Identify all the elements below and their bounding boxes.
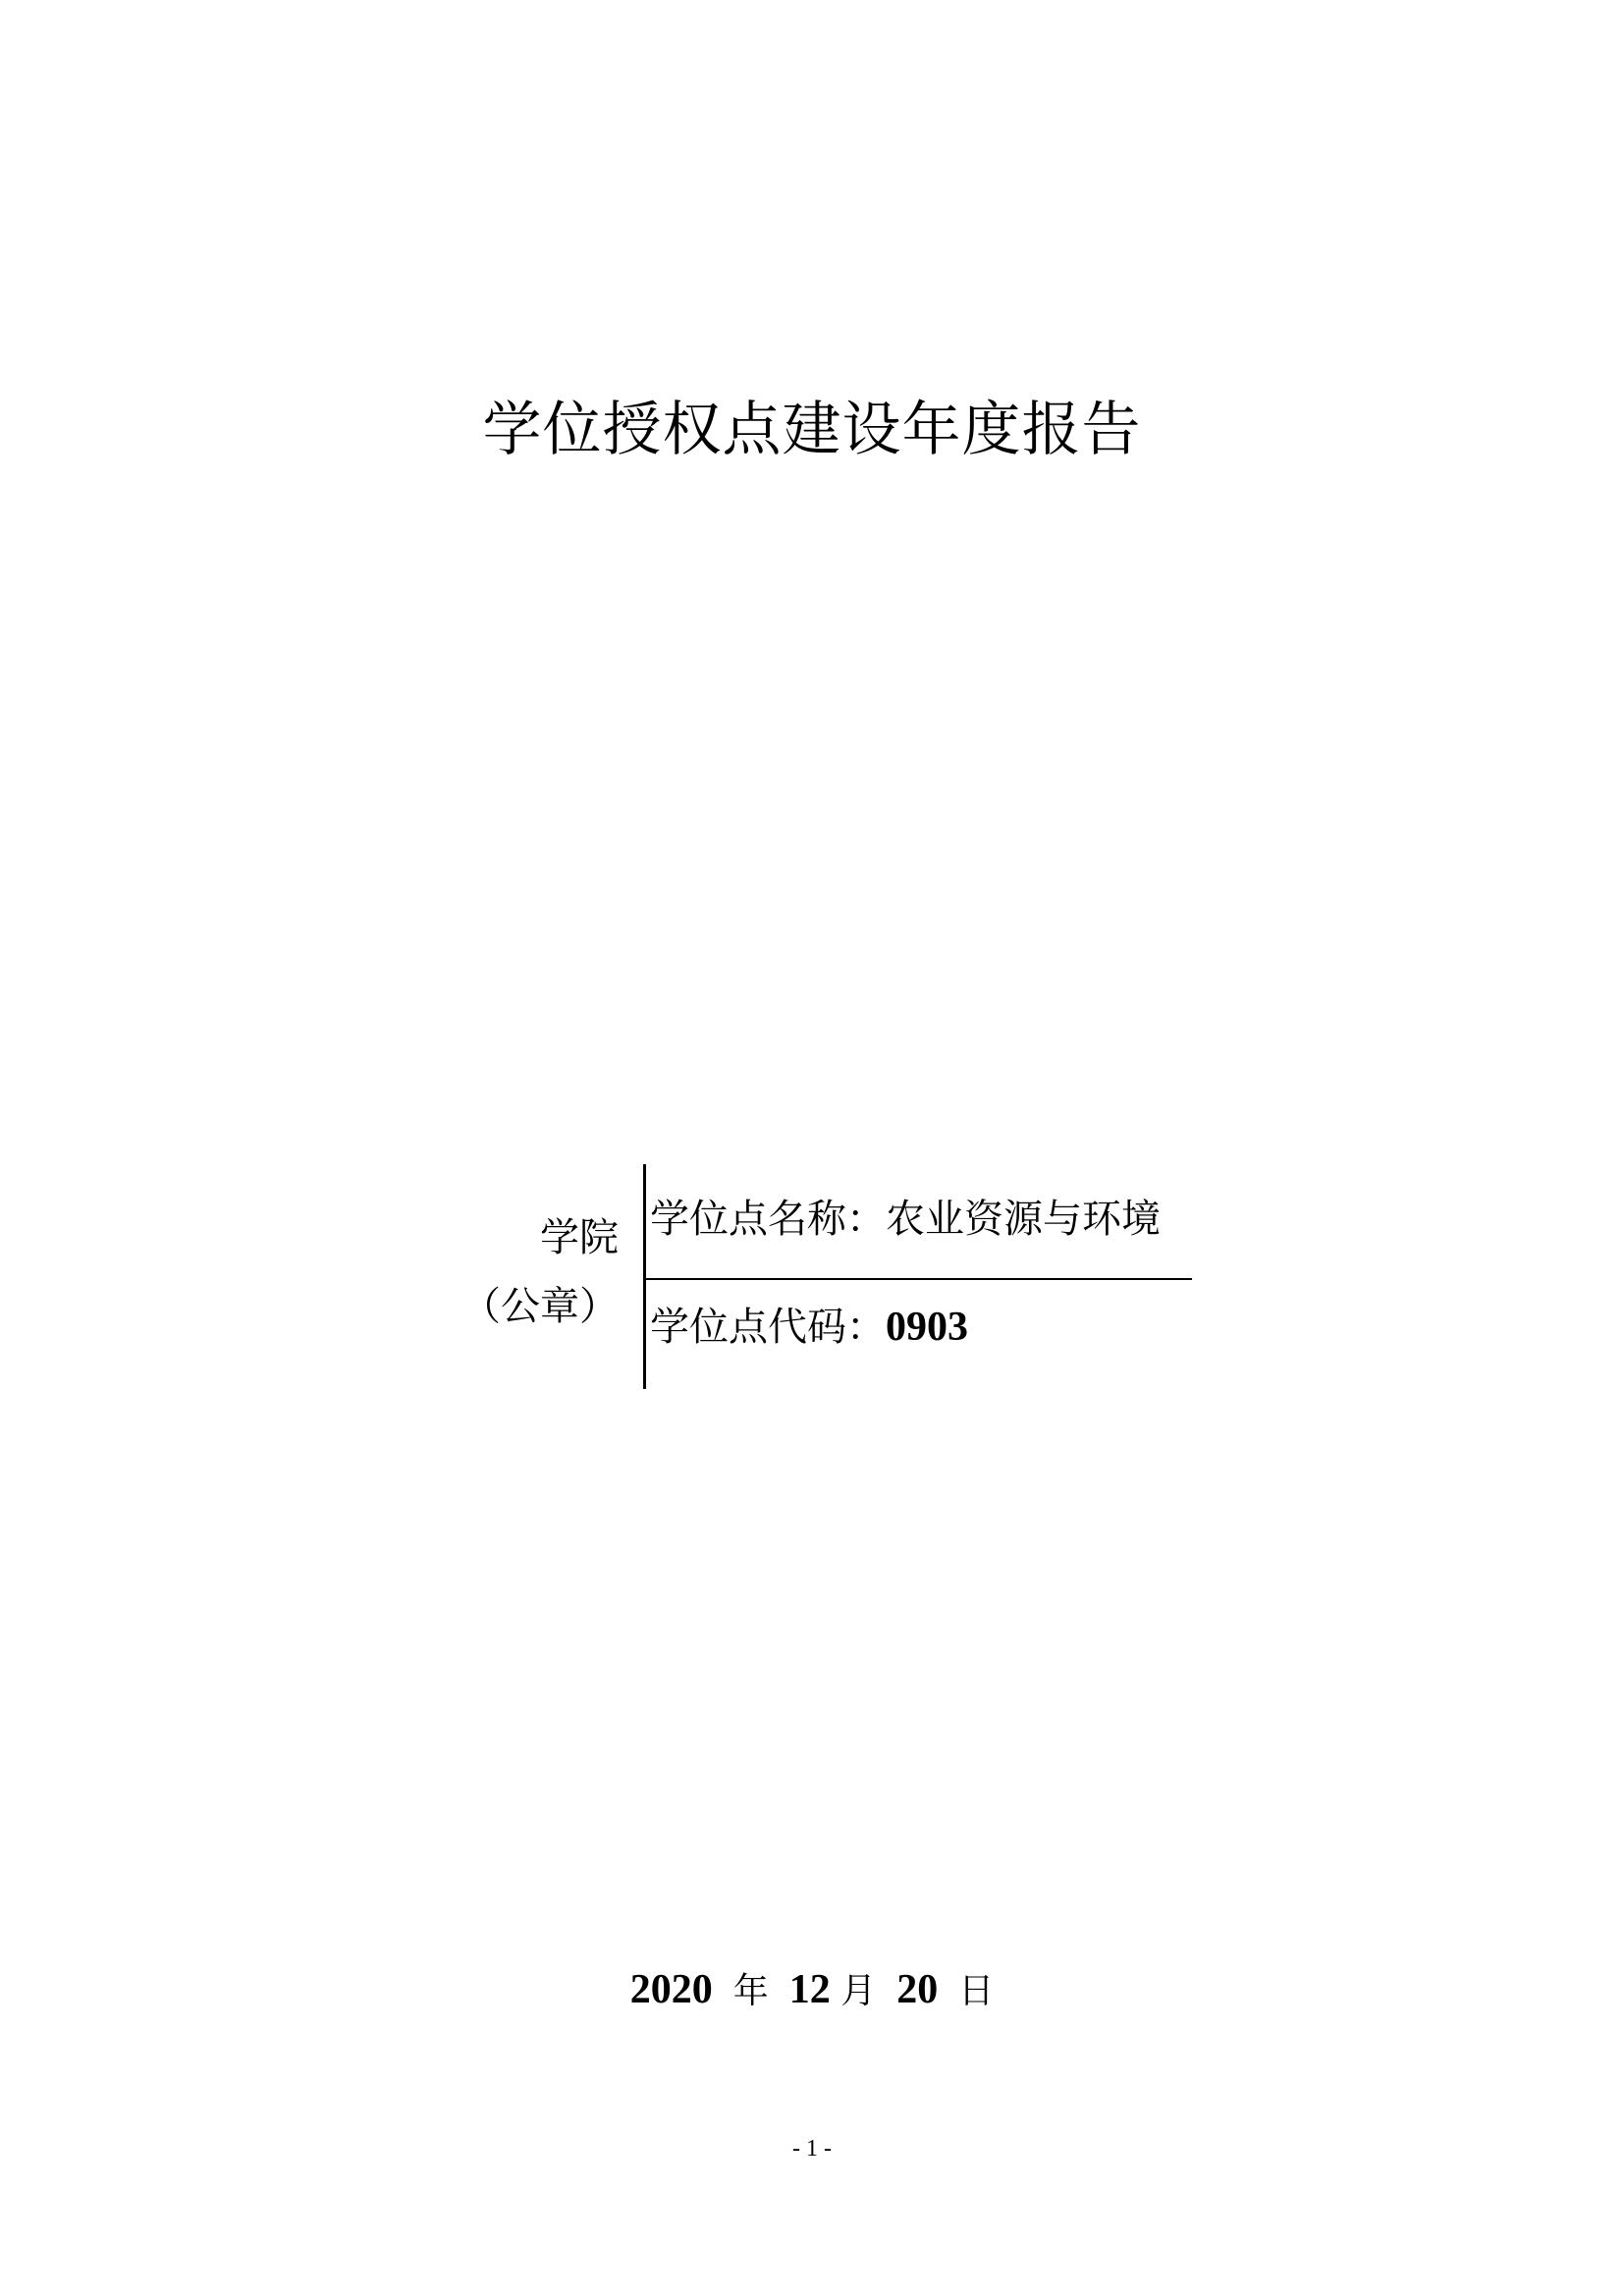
horizontal-divider xyxy=(644,1278,1192,1280)
report-date: 2020 年 12 月 20 日 xyxy=(0,1965,1624,2016)
degree-code-field: 学位点代码：0903 xyxy=(650,1303,968,1352)
date-year: 2020 xyxy=(630,1967,713,2012)
document-page: 学位授权点建设年度报告 学院 （公章） 学位点名称：农业资源与环境 学位点代码：… xyxy=(0,0,1624,2296)
document-title: 学位授权点建设年度报告 xyxy=(0,391,1624,469)
date-day: 20 xyxy=(896,1967,938,2012)
degree-code-label: 学位点代码： xyxy=(650,1305,886,1350)
degree-name-label: 学位点名称： xyxy=(650,1197,886,1242)
date-year-unit: 年 xyxy=(733,1971,769,2011)
date-day-unit: 日 xyxy=(958,1971,994,2011)
college-label: 学院 xyxy=(461,1213,619,1262)
date-month-unit: 月 xyxy=(840,1971,876,2011)
degree-name-field: 学位点名称：农业资源与环境 xyxy=(650,1195,1161,1244)
degree-code-value: 0903 xyxy=(886,1305,968,1350)
vertical-divider xyxy=(643,1164,646,1389)
seal-label: （公章） xyxy=(461,1282,619,1331)
date-month: 12 xyxy=(789,1967,831,2012)
degree-name-value: 农业资源与环境 xyxy=(886,1197,1161,1242)
page-number: - 1 - xyxy=(0,2134,1624,2163)
